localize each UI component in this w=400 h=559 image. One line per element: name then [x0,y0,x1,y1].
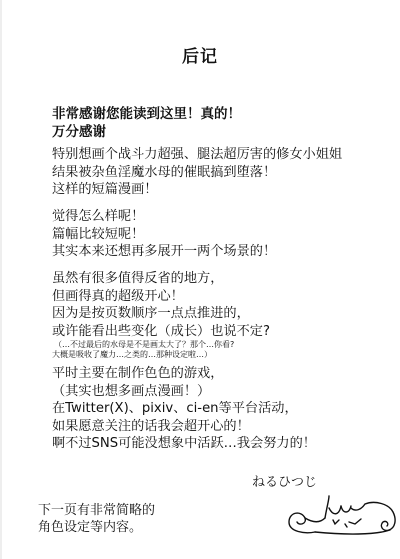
paragraph-2: 觉得怎么样呢！ 篇幅比较短呢！ 其实本来还想再多展开一两个场景的！ [52,208,392,261]
paragraph-3: 虽然有很多值得反省的地方， 但画得真的超级开心！ 因为是按页数顺序一点点推进的，… [52,270,392,360]
aside-line: 大概是吸收了魔力…之类的…那种设定啦…） [52,350,392,360]
footer-line: 下一页有非常简略的 [38,502,155,519]
text-line: 虽然有很多值得反省的地方， [52,270,392,288]
lead-line: 非常感谢您能读到这里！真的！ [52,106,392,124]
text-line: 但画得真的超级开心！ [52,288,392,306]
lead-line: 万分感谢 [52,124,392,142]
text-line: 篇幅比较短呢！ [52,226,392,244]
paragraph-4: 平时主要在制作色色的游戏， （其实也想多画点漫画！） 在Twitter(X)、p… [52,365,392,453]
text-line: （其实也想多画点漫画！） [52,383,392,401]
text-line: 特别想画个战斗力超强、腿法超厉害的修女小姐姐 [52,146,392,164]
footer-note: 下一页有非常简略的 角色设定等内容。 [38,502,155,536]
text-line: 这样的短篇漫画！ [52,181,392,199]
footer-line: 角色设定等内容。 [38,519,155,536]
text-line: 啊不过SNS可能没想象中活跃…我会努力的！ [52,435,392,453]
text-line: 如果愿意关注的话我会超开心的！ [52,418,392,436]
sheep-doodle-icon [285,494,400,536]
lead-block: 非常感谢您能读到这里！真的！ 万分感谢 [52,106,392,141]
page-edge [0,0,2,559]
text-line: 其实本来还想再多展开一两个场景的！ [52,243,392,261]
paragraph-1: 特别想画个战斗力超强、腿法超厉害的修女小姐姐 结果被杂鱼淫魔水母的催眠搞到堕落！… [52,146,392,199]
text-line: 或许能看出些变化（成长）也说不定? [52,323,392,341]
author-signature: ねるひつじ [252,471,317,490]
text-line: 在Twitter(X)、pixiv、ci-en等平台活动， [52,400,392,418]
text-line: 平时主要在制作色色的游戏， [52,365,392,383]
text-line: 结果被杂鱼淫魔水母的催眠搞到堕落！ [52,164,392,182]
aside-line: （…不过最后的水母是不是画太大了？那个…你看? [52,340,392,350]
page-title: 后记 [0,42,400,67]
text-line: 觉得怎么样呢！ [52,208,392,226]
text-line: 因为是按页数顺序一点点推进的， [52,305,392,323]
